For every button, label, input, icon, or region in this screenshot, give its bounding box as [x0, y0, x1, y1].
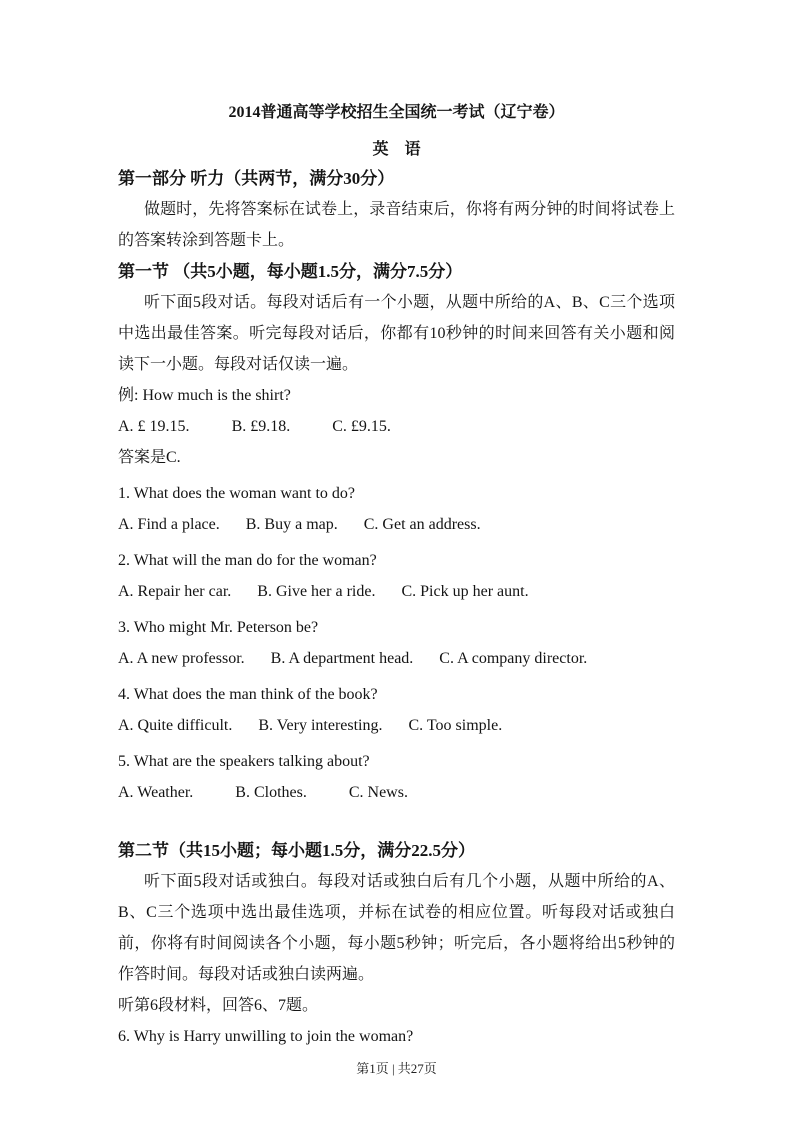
question-1-option-c: C. Get an address. — [364, 509, 481, 540]
question-2-option-c: C. Pick up her aunt. — [401, 576, 528, 607]
question-4-option-a: A. Quite difficult. — [118, 710, 232, 741]
question-1-text: 1. What does the woman want to do? — [118, 478, 675, 509]
question-6-text: 6. Why is Harry unwilling to join the wo… — [118, 1021, 675, 1052]
question-1-option-b: B. Buy a map. — [246, 509, 338, 540]
page-footer: 第1页 | 共27页 — [118, 1060, 675, 1078]
question-4-text: 4. What does the man think of the book? — [118, 679, 675, 710]
question-2-option-b: B. Give her a ride. — [257, 576, 375, 607]
part1-heading: 第一部分 听力（共两节，满分30分） — [118, 163, 675, 194]
example-answer: 答案是C. — [118, 442, 675, 473]
part1-intro: 做题时，先将答案标在试卷上，录音结束后，你将有两分钟的时间将试卷上的答案转涂到答… — [118, 194, 675, 256]
question-5-text: 5. What are the speakers talking about? — [118, 746, 675, 777]
section2-intro: 听下面5段对话或独白。每段对话或独白后有几个小题，从题中所给的A、B、C三个选项… — [118, 866, 675, 990]
question-3-text: 3. Who might Mr. Peterson be? — [118, 612, 675, 643]
question-3-options: A. A new professor. B. A department head… — [118, 643, 675, 674]
question-4-option-b: B. Very interesting. — [258, 710, 382, 741]
question-4-option-c: C. Too simple. — [409, 710, 503, 741]
section1-heading: 第一节 （共5小题，每小题1.5分，满分7.5分） — [118, 256, 675, 287]
example-option-c: C. £9.15. — [332, 411, 391, 442]
section1-intro: 听下面5段对话。每段对话后有一个小题，从题中所给的A、B、C三个选项中选出最佳答… — [118, 287, 675, 380]
exam-page: 2014普通高等学校招生全国统一考试（辽宁卷） 英 语 第一部分 听力（共两节，… — [0, 0, 793, 1078]
question-3-option-a: A. A new professor. — [118, 643, 245, 674]
example-question: 例: How much is the shirt? — [118, 380, 675, 411]
question-5-option-b: B. Clothes. — [235, 777, 307, 808]
question-5-option-a: A. Weather. — [118, 777, 193, 808]
example-option-a: A. £ 19.15. — [118, 411, 190, 442]
question-2-option-a: A. Repair her car. — [118, 576, 231, 607]
question-1-option-a: A. Find a place. — [118, 509, 220, 540]
question-2-options: A. Repair her car. B. Give her a ride. C… — [118, 576, 675, 607]
page-title: 2014普通高等学校招生全国统一考试（辽宁卷） — [118, 100, 675, 126]
question-5-options: A. Weather. B. Clothes. C. News. — [118, 777, 675, 808]
example-option-b: B. £9.18. — [232, 411, 291, 442]
question-2-text: 2. What will the man do for the woman? — [118, 545, 675, 576]
question-1-options: A. Find a place. B. Buy a map. C. Get an… — [118, 509, 675, 540]
question-3-option-b: B. A department head. — [271, 643, 414, 674]
question-5-option-c: C. News. — [349, 777, 408, 808]
question-4-options: A. Quite difficult. B. Very interesting.… — [118, 710, 675, 741]
subject-title: 英 语 — [118, 137, 675, 163]
section2-heading: 第二节（共15小题；每小题1.5分，满分22.5分） — [118, 835, 675, 866]
question-3-option-c: C. A company director. — [439, 643, 587, 674]
material-6-note: 听第6段材料，回答6、7题。 — [118, 990, 675, 1021]
example-options: A. £ 19.15. B. £9.18. C. £9.15. — [118, 411, 675, 442]
